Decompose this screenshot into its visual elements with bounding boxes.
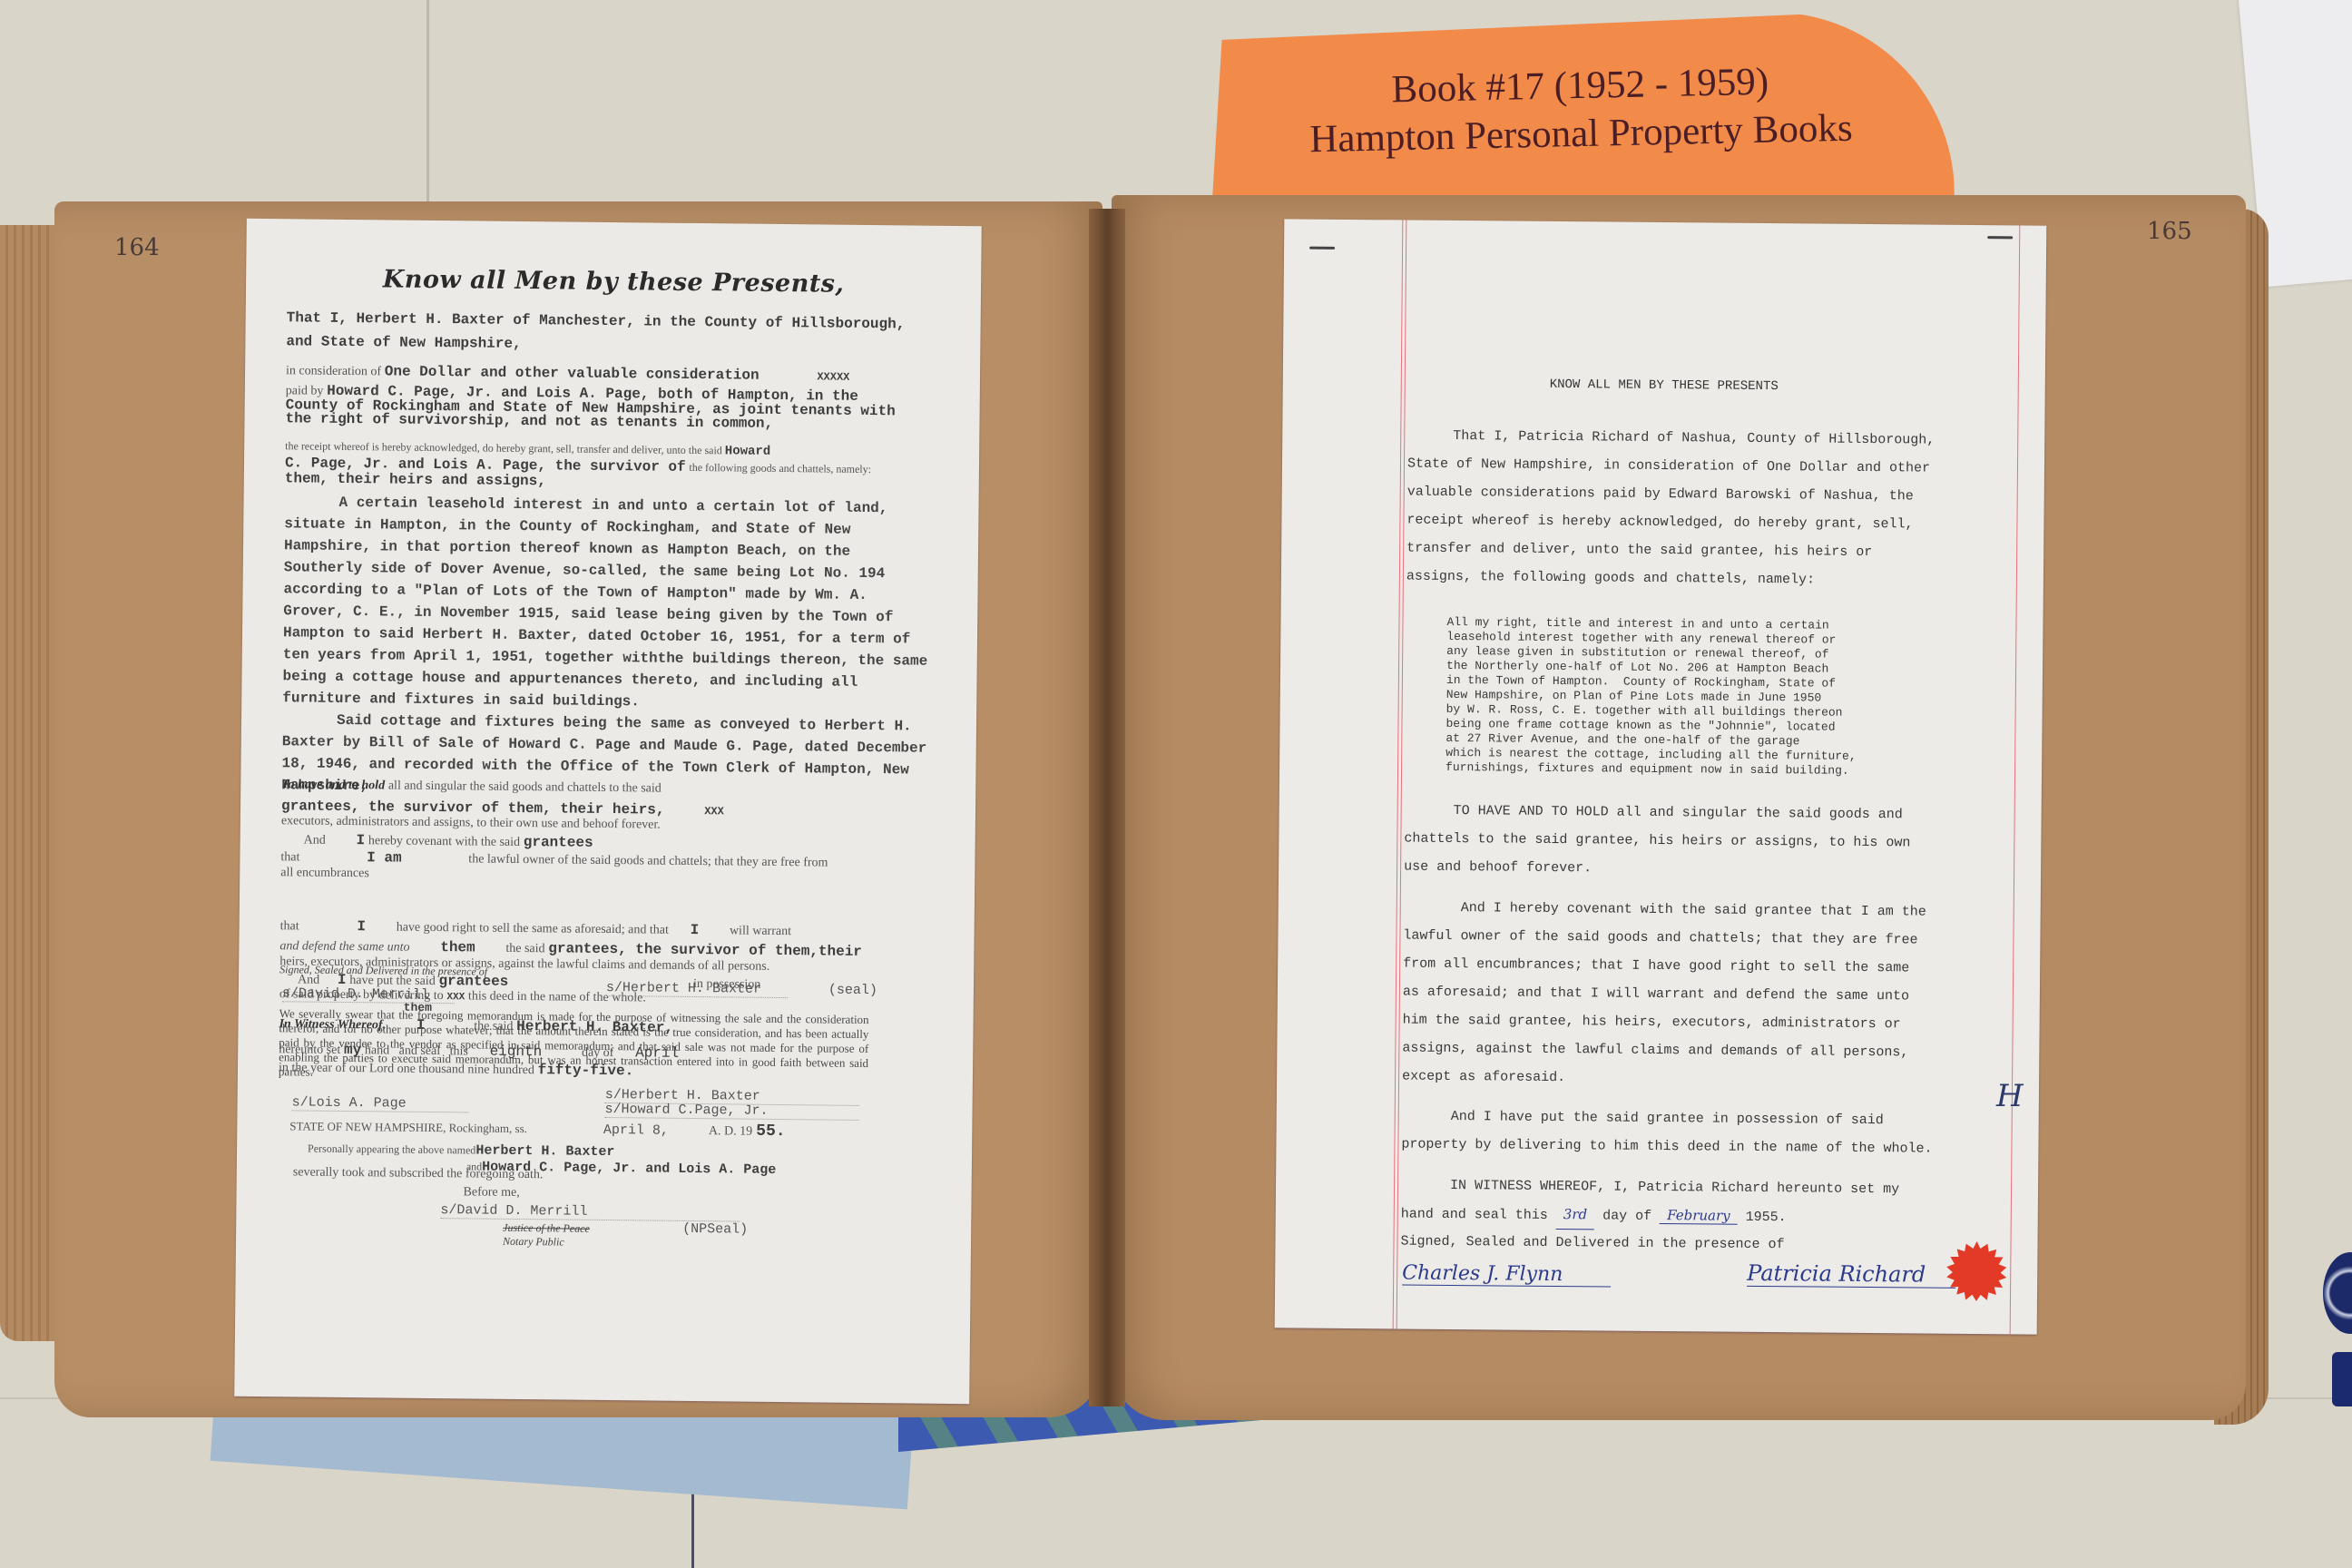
staple — [1987, 236, 2013, 239]
handwritten-month: February — [1660, 1207, 1738, 1225]
possession-paragraph: And I have put the said grantee in posse… — [1401, 1102, 1983, 1164]
document-title: Know all Men by these Presents, — [246, 264, 981, 299]
decorative-object — [2332, 1352, 2352, 1406]
signed-presence-label: Signed, Sealed and Delivered in the pres… — [1400, 1228, 1981, 1261]
consideration-line: in consideration of One Dollar and other… — [286, 362, 948, 386]
document-title: KNOW ALL MEN BY THESE PRESENTS — [1283, 375, 2045, 396]
intro-line-2: and State of New Hampshire, — [286, 333, 948, 357]
page-number-right: 165 — [2147, 218, 2192, 245]
property-description: A certain leasehold interest in and unto… — [281, 491, 937, 803]
table-seam — [426, 0, 429, 227]
margin-initial-mark: H — [1996, 1078, 2024, 1114]
grant-paragraph: That I, Patricia Richard of Nashua, Coun… — [1406, 422, 1989, 596]
decorative-object — [2323, 1252, 2352, 1334]
book-gutter — [1089, 209, 1125, 1406]
staple — [1309, 247, 1335, 250]
bill-of-sale-left: Know all Men by these Presents, That I, … — [234, 219, 982, 1404]
covenant-paragraph: And I hereby covenant with the said gran… — [1402, 894, 1984, 1096]
book-tab-label: Book #17 (1952 - 1959) Hampton Personal … — [1207, 8, 1955, 223]
property-paragraph: A certain leasehold interest in and unto… — [282, 491, 937, 716]
intro-line-1: That I, Herbert H. Baxter of Manchester,… — [287, 309, 949, 333]
page-number-left: 164 — [114, 234, 160, 261]
witness-signature: Charles J. Flynn — [1402, 1262, 1611, 1288]
grantor-signature: Patricia Richard — [1747, 1260, 1955, 1289]
handwritten-day: 3rd — [1556, 1200, 1595, 1230]
bill-of-sale-right: KNOW ALL MEN BY THESE PRESENTS That I, P… — [1275, 219, 2047, 1334]
habendum-paragraph: TO HAVE AND TO HOLD all and singular the… — [1404, 797, 1985, 887]
property-description: All my right, title and interest in and … — [1445, 615, 1955, 779]
